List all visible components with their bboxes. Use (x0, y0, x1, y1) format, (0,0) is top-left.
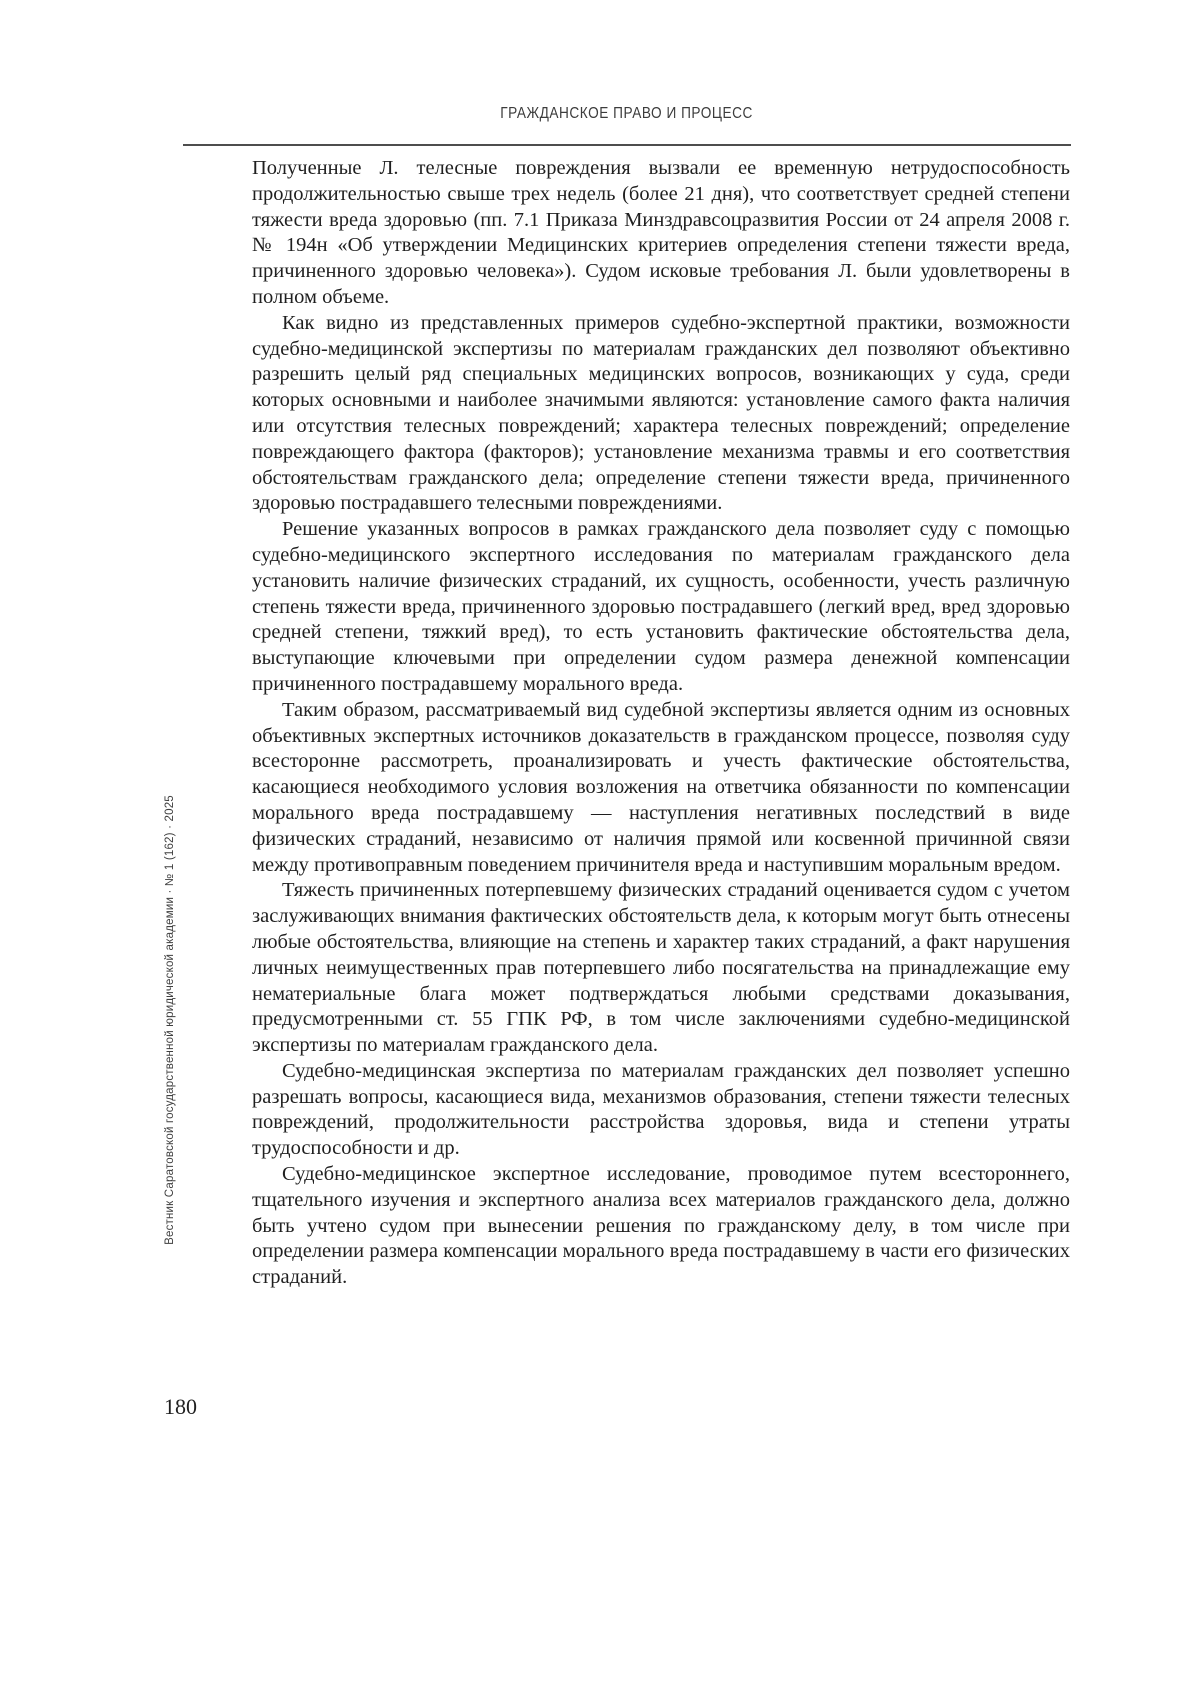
running-header-text: ГРАЖДАНСКОЕ ПРАВО И ПРОЦЕСС (501, 105, 754, 123)
journal-page: ГРАЖДАНСКОЕ ПРАВО И ПРОЦЕСС Вестник Сара… (0, 0, 1200, 1698)
paragraph: Тяжесть причиненных потерпевшему физичес… (252, 878, 1070, 1059)
paragraph: Как видно из представленных примеров суд… (252, 311, 1070, 517)
journal-edition-caption: Вестник Саратовской государственной юрид… (164, 795, 176, 1245)
paragraph: Судебно-медицинское экспертное исследова… (252, 1162, 1070, 1291)
page-number: 180 (164, 1394, 197, 1420)
article-text: Полученные Л. телесные повреждения вызва… (252, 156, 1070, 1291)
header-rule (183, 144, 1071, 146)
paragraph: Полученные Л. телесные повреждения вызва… (252, 156, 1070, 311)
paragraph: Таким образом, рассматриваемый вид судеб… (252, 698, 1070, 879)
paragraph: Решение указанных вопросов в рамках граж… (252, 517, 1070, 698)
paragraph: Судебно-медицинская экспертиза по матери… (252, 1059, 1070, 1162)
running-header: ГРАЖДАНСКОЕ ПРАВО И ПРОЦЕСС (183, 105, 1071, 123)
